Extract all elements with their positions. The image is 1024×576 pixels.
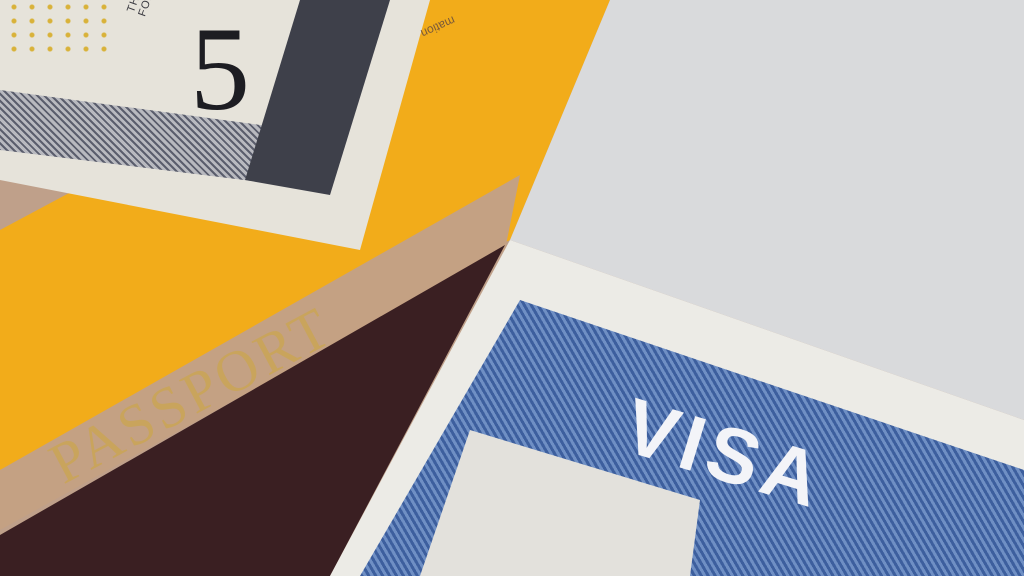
bill-dot-pattern <box>5 0 115 60</box>
bill-denomination: 5 <box>190 0 250 138</box>
